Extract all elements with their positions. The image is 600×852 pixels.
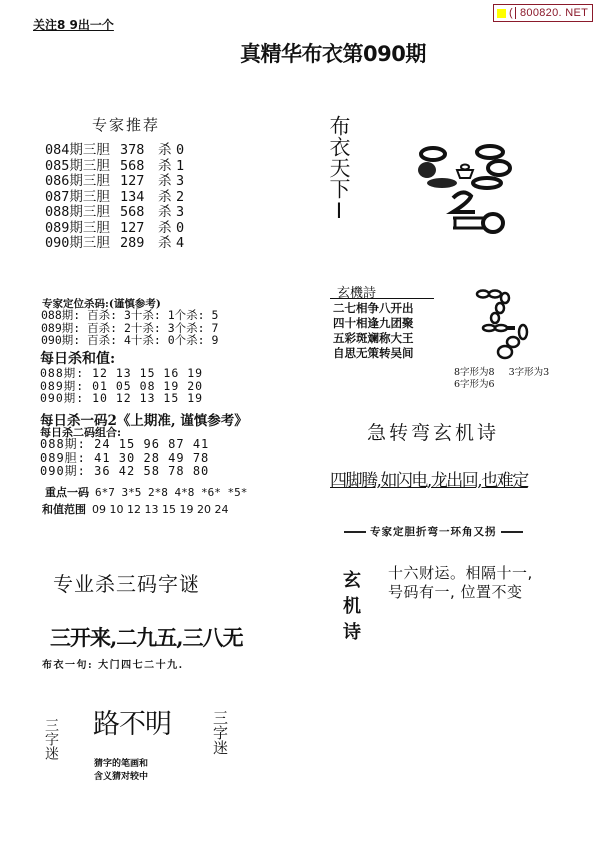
buyi-line: 布衣一句: 大门四七二十九. [42,656,184,671]
top-note: 关注8 9出一个 [33,16,114,33]
poem-line: 四十相逢九团聚 [333,316,414,331]
list-item: 088期: 24 15 96 87 41 [40,438,209,452]
key-one-value: 6*7 3*5 2*8 4*8 *6* *5* [95,486,247,499]
three-char-riddle-text: 路不明 [93,702,171,741]
daily-sum-kill-rows: 088期: 12 13 15 16 19 089期: 01 05 08 19 2… [40,367,203,405]
three-char-riddle-left: 三字迷 [41,718,61,760]
expert-recommend-list: 084期三胆378杀0 085期三胆568杀1 086期三胆127杀3 087期… [45,143,184,252]
page-title: 真精华布衣第090期 [240,38,426,68]
poem-line: 二七相争八开出 [333,301,414,316]
daily-sum-kill-title: 每日杀和值: [40,348,115,368]
expert-guts-text: 专家定胆折弯一环角又拐 [370,526,497,538]
dash-divider [501,531,523,533]
position-kill-rows: 088期: 百杀: 3十杀: 1个杀: 5 089期: 百杀: 2十杀: 3个杀… [41,309,218,347]
shape-notes: 8字形为83字形为3 6字形为6 [454,367,563,391]
list-item: 089胆: 41 30 28 49 78 [40,452,209,466]
divider [330,298,434,299]
riddle-text: 三开来,二九五,三八无 [50,622,243,652]
yellow-square-icon [497,9,506,18]
xjs-line: 十六财运。相隔十一, [388,564,533,583]
dash-divider [344,531,366,533]
list-item: 088期三胆568杀3 [45,205,184,221]
buyi-vertical-title: 布衣天下I [326,115,351,223]
sum-range-value: 09 10 12 13 15 19 20 24 [92,503,228,516]
list-item: 088期: 12 13 15 16 19 [40,367,203,380]
list-item: 089期三胆127杀0 [45,221,184,237]
list-item: 088期: 百杀: 3十杀: 1个杀: 5 [41,309,218,322]
site-badge[interactable]: ( 800820. NET [493,4,593,22]
xjs-line: 号码有一, 位置不变 [388,583,533,602]
list-item: 087期三胆134杀2 [45,190,184,206]
shape-note: 6字形为6 [454,379,495,390]
three-char-riddle-right: 三字迷 [210,710,231,755]
xjs-vertical-title: 玄机诗 [336,570,364,648]
list-item: 090期三胆289杀4 [45,236,184,252]
three-char-riddle-hint: 猜字的笔画和含义猜对较中 [94,758,149,784]
poem-line: 自思无策转吴间 [333,346,414,361]
key-one-label: 重点一码 [45,486,89,499]
key-one-row: 重点一码6*7 3*5 2*8 4*8 *6* *5* [45,484,247,500]
daily-kill-two-rows: 088期: 24 15 96 87 41 089胆: 41 30 28 49 7… [40,438,209,479]
list-item: 090期: 百杀: 4十杀: 0个杀: 9 [41,334,218,347]
xuan-poem-lines: 二七相争八开出 四十相逢九团聚 五彩斑斓称大王 自思无策转吴间 [333,301,414,361]
xjs-text: 十六财运。相隔十一, 号码有一, 位置不变 [388,564,533,602]
list-item: 086期三胆127杀3 [45,174,184,190]
list-item: 085期三胆568杀1 [45,159,184,175]
list-item: 090期: 10 12 13 15 19 [40,392,203,405]
sum-range-row: 和值范围09 10 12 13 15 19 20 24 [42,501,228,517]
jzw-title: 急转弯玄机诗 [367,418,499,445]
shape-note: 8字形为8 [454,367,495,378]
site-domain: 800820. NET [515,7,592,19]
shape-note: 3字形为3 [509,367,550,378]
jzw-line: 四脚腾,如闪电,龙出回,也难定 [330,466,528,491]
poem-line: 五彩斑斓称大王 [333,331,414,346]
expert-guts-line: 专家定胆折弯一环角又拐 [340,524,527,539]
number-picture-icon [415,140,515,235]
chain-figure-icon [475,288,535,360]
sum-range-label: 和值范围 [42,503,86,516]
list-item: 084期三胆378杀0 [45,143,184,159]
badge-partial-char: ( [509,7,513,19]
expert-recommend-title: 专家推荐 [92,114,160,135]
riddle-title: 专业杀三码字谜 [53,568,200,597]
list-item: 090期: 36 42 58 78 80 [40,465,209,479]
